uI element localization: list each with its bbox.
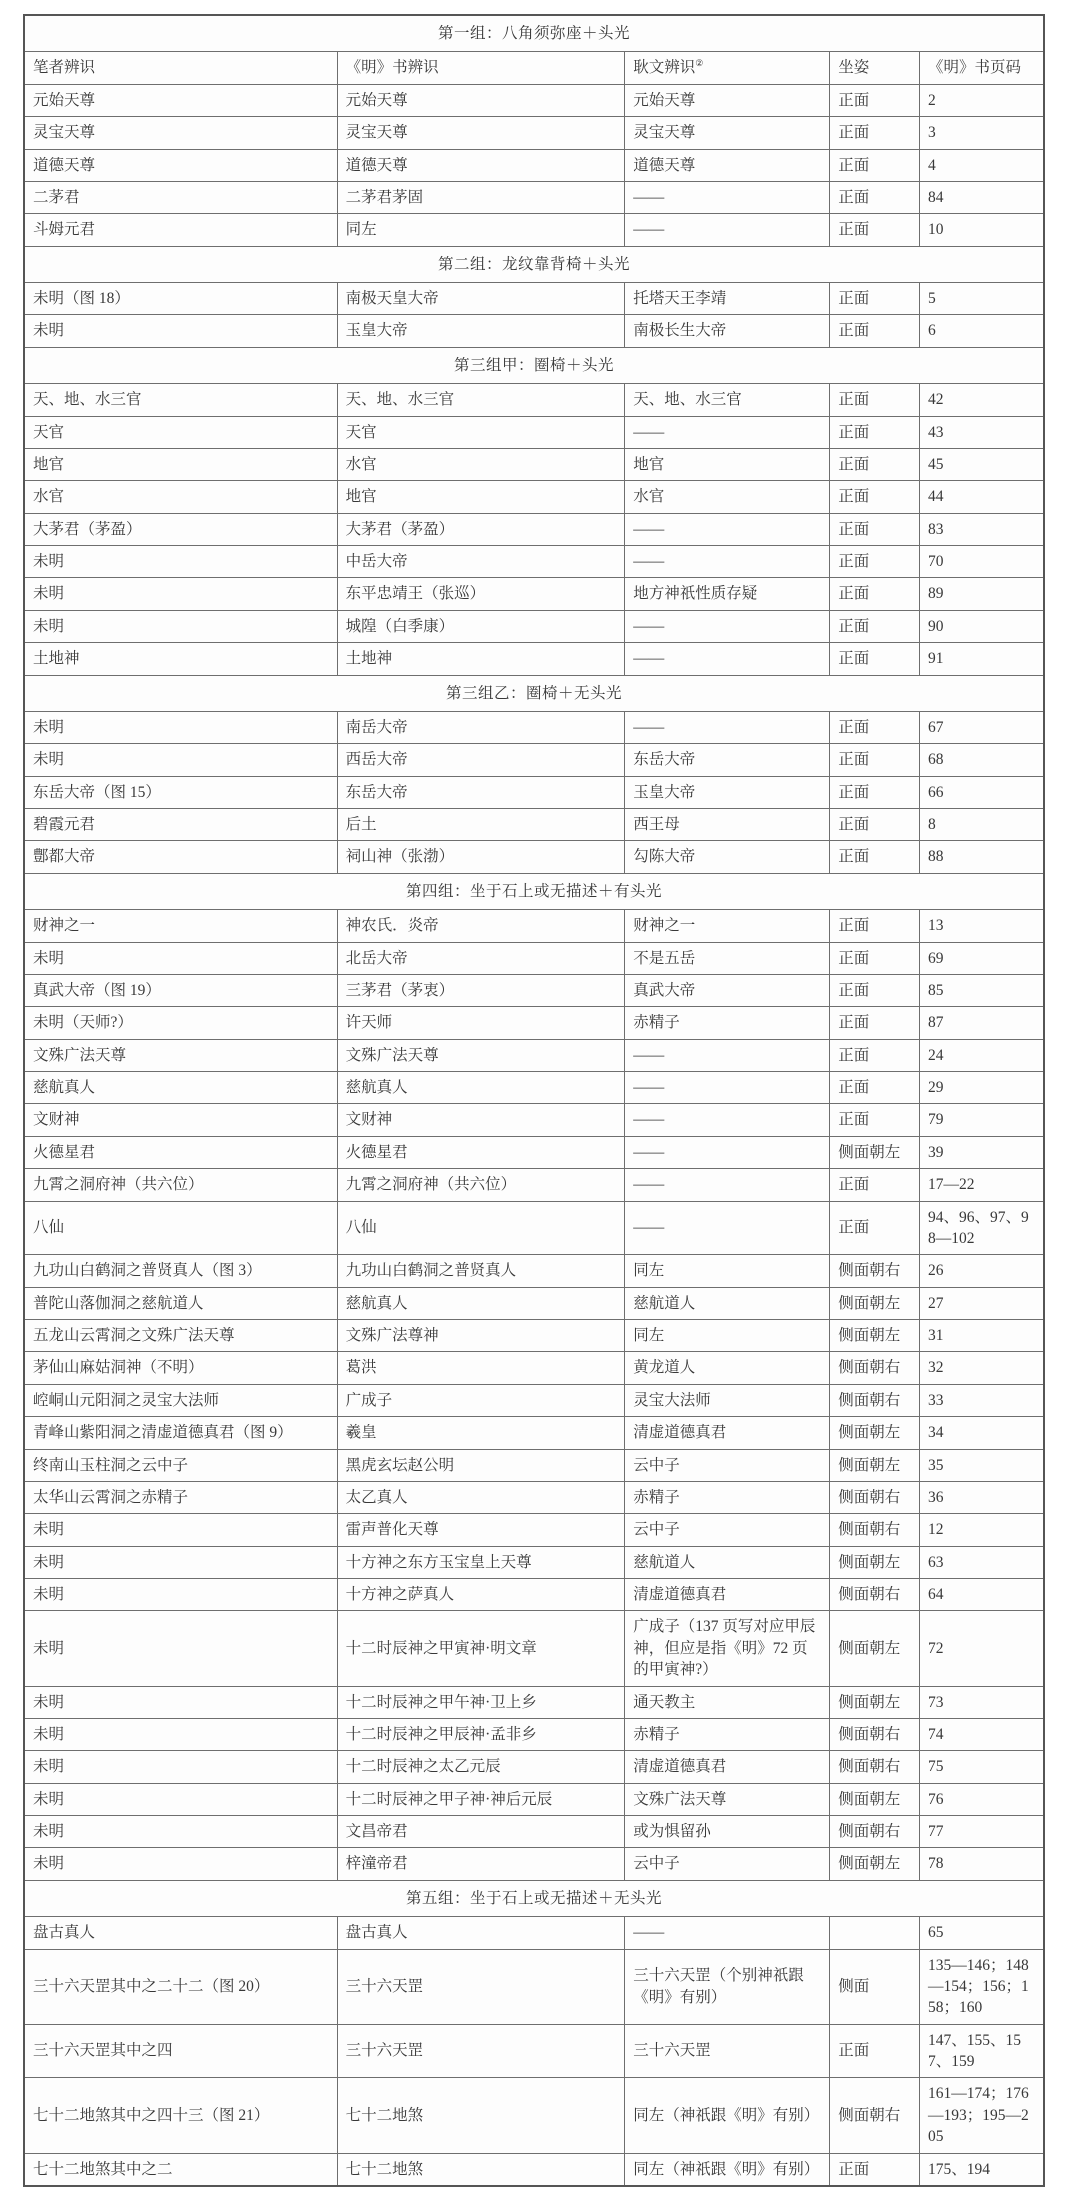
cell-ming-page: 26 <box>920 1255 1044 1287</box>
table-row: 斗姆元君同左——正面10 <box>24 214 1044 246</box>
cell-ming-book-id: 葛洪 <box>337 1352 625 1384</box>
cell-ming-book-id: 许天师 <box>337 1007 625 1039</box>
footnote-mark: ② <box>695 58 703 68</box>
section-header-row: 第二组：龙纹靠背椅＋头光 <box>24 246 1044 282</box>
section-header-row: 第五组：坐于石上或无描述＋无头光 <box>24 1880 1044 1916</box>
cell-author-id: 天、地、水三官 <box>24 384 337 416</box>
cell-ming-book-id: 十方神之萨真人 <box>337 1579 625 1611</box>
cell-posture: 正面 <box>830 711 920 743</box>
cell-ming-page: 75 <box>920 1751 1044 1783</box>
cell-ming-page: 175、194 <box>920 2153 1044 2186</box>
cell-ming-book-id: 慈航真人 <box>337 1287 625 1319</box>
table-row: 土地神土地神——正面91 <box>24 643 1044 675</box>
column-header-2: 耿文辨识② <box>625 52 830 84</box>
cell-geng-id: —— <box>625 610 830 642</box>
cell-author-id: 未明（图 18） <box>24 283 337 315</box>
cell-geng-id: —— <box>625 1072 830 1104</box>
cell-geng-id: —— <box>625 711 830 743</box>
cell-ming-book-id: 八仙 <box>337 1201 625 1255</box>
cell-posture: 正面 <box>830 1039 920 1071</box>
cell-posture: 正面 <box>830 643 920 675</box>
cell-ming-book-id: 十二时辰神之太乙元辰 <box>337 1751 625 1783</box>
cell-geng-id: 赤精子 <box>625 1007 830 1039</box>
cell-ming-book-id: 九霄之洞府神（共六位） <box>337 1169 625 1201</box>
cell-geng-id: 三十六天罡 <box>625 2024 830 2078</box>
cell-geng-id: 云中子 <box>625 1848 830 1880</box>
table-row: 碧霞元君后土西王母正面8 <box>24 809 1044 841</box>
cell-posture: 侧面朝左 <box>830 1417 920 1449</box>
cell-posture: 侧面朝右 <box>830 1481 920 1513</box>
cell-author-id: 土地神 <box>24 643 337 675</box>
cell-ming-page: 36 <box>920 1481 1044 1513</box>
cell-posture: 侧面朝右 <box>830 1514 920 1546</box>
table-row: 八仙八仙——正面94、96、97、98—102 <box>24 1201 1044 1255</box>
cell-geng-id: 清虚道德真君 <box>625 1417 830 1449</box>
table-row: 元始天尊元始天尊元始天尊正面2 <box>24 84 1044 116</box>
section-title: 第三组甲：圈椅＋头光 <box>24 347 1044 383</box>
cell-author-id: 未明 <box>24 1686 337 1718</box>
cell-posture: 正面 <box>830 2153 920 2186</box>
cell-ming-book-id: 西岳大帝 <box>337 744 625 776</box>
cell-geng-id: 元始天尊 <box>625 84 830 116</box>
cell-ming-book-id: 盘古真人 <box>337 1917 625 1949</box>
cell-ming-book-id: 道德天尊 <box>337 149 625 181</box>
cell-author-id: 元始天尊 <box>24 84 337 116</box>
cell-ming-book-id: 慈航真人 <box>337 1072 625 1104</box>
cell-posture: 正面 <box>830 910 920 942</box>
cell-geng-id: 清虚道德真君 <box>625 1579 830 1611</box>
cell-posture: 正面 <box>830 578 920 610</box>
cell-author-id: 文财神 <box>24 1104 337 1136</box>
cell-author-id: 未明 <box>24 744 337 776</box>
cell-author-id: 未明 <box>24 546 337 578</box>
column-header-1: 《明》书辨识 <box>337 52 625 84</box>
cell-ming-page: 32 <box>920 1352 1044 1384</box>
cell-author-id: 慈航真人 <box>24 1072 337 1104</box>
table-row: 七十二地煞其中之二七十二地煞同左（神祇跟《明》有别）正面175、194 <box>24 2153 1044 2186</box>
table-row: 未明南岳大帝——正面67 <box>24 711 1044 743</box>
section-header-row: 第三组甲：圈椅＋头光 <box>24 347 1044 383</box>
cell-ming-book-id: 梓潼帝君 <box>337 1848 625 1880</box>
cell-ming-page: 39 <box>920 1136 1044 1168</box>
cell-author-id: 未明 <box>24 711 337 743</box>
cell-ming-book-id: 东岳大帝 <box>337 776 625 808</box>
cell-geng-id: 灵宝大法师 <box>625 1384 830 1416</box>
cell-ming-page: 31 <box>920 1320 1044 1352</box>
cell-author-id: 鄷都大帝 <box>24 841 337 873</box>
cell-ming-page: 27 <box>920 1287 1044 1319</box>
table-row: 未明雷声普化天尊云中子侧面朝右12 <box>24 1514 1044 1546</box>
cell-geng-id: 慈航道人 <box>625 1287 830 1319</box>
cell-ming-page: 79 <box>920 1104 1044 1136</box>
cell-ming-page: 73 <box>920 1686 1044 1718</box>
table-row: 文财神文财神——正面79 <box>24 1104 1044 1136</box>
cell-ming-page: 65 <box>920 1917 1044 1949</box>
cell-ming-book-id: 中岳大帝 <box>337 546 625 578</box>
table-row: 东岳大帝（图 15）东岳大帝玉皇大帝正面66 <box>24 776 1044 808</box>
cell-ming-page: 70 <box>920 546 1044 578</box>
cell-geng-id: 文殊广法天尊 <box>625 1783 830 1815</box>
table-row: 未明东平忠靖王（张巡）地方神祇性质存疑正面89 <box>24 578 1044 610</box>
cell-ming-book-id: 文财神 <box>337 1104 625 1136</box>
cell-posture: 正面 <box>830 149 920 181</box>
table-row: 盘古真人盘古真人——65 <box>24 1917 1044 1949</box>
cell-geng-id: 不是五岳 <box>625 942 830 974</box>
table-row: 灵宝天尊灵宝天尊灵宝天尊正面3 <box>24 117 1044 149</box>
cell-ming-page: 67 <box>920 711 1044 743</box>
cell-posture: 侧面朝左 <box>830 1546 920 1578</box>
cell-ming-book-id: 神农氏．炎帝 <box>337 910 625 942</box>
cell-posture: 侧面朝左 <box>830 1320 920 1352</box>
table-row: 道德天尊道德天尊道德天尊正面4 <box>24 149 1044 181</box>
cell-ming-page: 147、155、157、159 <box>920 2024 1044 2078</box>
cell-author-id: 灵宝天尊 <box>24 117 337 149</box>
cell-ming-page: 33 <box>920 1384 1044 1416</box>
cell-ming-book-id: 广成子 <box>337 1384 625 1416</box>
section-title: 第一组：八角须弥座＋头光 <box>24 15 1044 52</box>
cell-geng-id: 真武大帝 <box>625 974 830 1006</box>
table-row: 未明文昌帝君或为惧留孙侧面朝右77 <box>24 1816 1044 1848</box>
cell-ming-book-id: 文昌帝君 <box>337 1816 625 1848</box>
cell-geng-id: —— <box>625 546 830 578</box>
cell-author-id: 未明 <box>24 1816 337 1848</box>
cell-ming-page: 35 <box>920 1449 1044 1481</box>
column-header-0: 笔者辨识 <box>24 52 337 84</box>
table-row: 鄷都大帝祠山神（张渤）勾陈大帝正面88 <box>24 841 1044 873</box>
cell-ming-page: 78 <box>920 1848 1044 1880</box>
cell-author-id: 茅仙山麻姑洞神（不明） <box>24 1352 337 1384</box>
cell-ming-book-id: 玉皇大帝 <box>337 315 625 347</box>
cell-ming-book-id: 七十二地煞 <box>337 2153 625 2186</box>
table-row: 地官水官地官正面45 <box>24 448 1044 480</box>
cell-ming-book-id: 十方神之东方玉宝皇上天尊 <box>337 1546 625 1578</box>
cell-posture: 正面 <box>830 315 920 347</box>
cell-ming-page: 88 <box>920 841 1044 873</box>
table-row: 未明梓潼帝君云中子侧面朝左78 <box>24 1848 1044 1880</box>
cell-author-id: 八仙 <box>24 1201 337 1255</box>
cell-ming-book-id: 城隍（白季康） <box>337 610 625 642</box>
table-row: 未明十方神之东方玉宝皇上天尊慈航道人侧面朝左63 <box>24 1546 1044 1578</box>
table-row: 未明（天师?）许天师赤精子正面87 <box>24 1007 1044 1039</box>
cell-ming-page: 8 <box>920 809 1044 841</box>
cell-author-id: 财神之一 <box>24 910 337 942</box>
cell-ming-page: 74 <box>920 1718 1044 1750</box>
cell-ming-book-id: 祠山神（张渤） <box>337 841 625 873</box>
cell-ming-book-id: 十二时辰神之甲子神·神后元辰 <box>337 1783 625 1815</box>
table-row: 未明西岳大帝东岳大帝正面68 <box>24 744 1044 776</box>
cell-geng-id: —— <box>625 181 830 213</box>
section-title: 第二组：龙纹靠背椅＋头光 <box>24 246 1044 282</box>
cell-ming-page: 3 <box>920 117 1044 149</box>
table-row: 九功山白鹤洞之普贤真人（图 3）九功山白鹤洞之普贤真人同左侧面朝右26 <box>24 1255 1044 1287</box>
cell-ming-book-id: 文殊广法尊神 <box>337 1320 625 1352</box>
cell-geng-id: 地官 <box>625 448 830 480</box>
cell-ming-book-id: 文殊广法天尊 <box>337 1039 625 1071</box>
cell-author-id: 火德星君 <box>24 1136 337 1168</box>
cell-posture: 正面 <box>830 610 920 642</box>
cell-geng-id: 同左 <box>625 1320 830 1352</box>
cell-ming-page: 87 <box>920 1007 1044 1039</box>
cell-ming-page: 24 <box>920 1039 1044 1071</box>
cell-ming-page: 42 <box>920 384 1044 416</box>
table-row: 未明北岳大帝不是五岳正面69 <box>24 942 1044 974</box>
cell-author-id: 真武大帝（图 19） <box>24 974 337 1006</box>
cell-posture: 正面 <box>830 416 920 448</box>
cell-author-id: 碧霞元君 <box>24 809 337 841</box>
cell-ming-page: 68 <box>920 744 1044 776</box>
cell-ming-book-id: 水官 <box>337 448 625 480</box>
column-header-4: 《明》书页码 <box>920 52 1044 84</box>
cell-author-id: 未明 <box>24 1546 337 1578</box>
cell-ming-book-id: 三十六天罡 <box>337 1949 625 2024</box>
cell-posture: 正面 <box>830 1007 920 1039</box>
cell-ming-book-id: 三十六天罡 <box>337 2024 625 2078</box>
cell-ming-page: 83 <box>920 513 1044 545</box>
table-row: 慈航真人慈航真人——正面29 <box>24 1072 1044 1104</box>
cell-ming-page: 2 <box>920 84 1044 116</box>
section-header-row: 第三组乙：圈椅＋无头光 <box>24 675 1044 711</box>
cell-geng-id: —— <box>625 513 830 545</box>
cell-geng-id: 同左（神祇跟《明》有别） <box>625 2078 830 2153</box>
cell-ming-page: 91 <box>920 643 1044 675</box>
cell-posture: 侧面朝左 <box>830 1686 920 1718</box>
cell-geng-id: —— <box>625 214 830 246</box>
cell-geng-id: 托塔天王李靖 <box>625 283 830 315</box>
cell-author-id: 文殊广法天尊 <box>24 1039 337 1071</box>
cell-posture: 正面 <box>830 513 920 545</box>
cell-ming-page: 63 <box>920 1546 1044 1578</box>
cell-author-id: 道德天尊 <box>24 149 337 181</box>
cell-posture: 侧面 <box>830 1949 920 2024</box>
cell-author-id: 东岳大帝（图 15） <box>24 776 337 808</box>
cell-geng-id: 广成子（137 页写对应甲辰神，但应是指《明》72 页的甲寅神?） <box>625 1611 830 1686</box>
cell-posture: 侧面朝右 <box>830 2078 920 2153</box>
table-row: 三十六天罡其中之二十二（图 20）三十六天罡三十六天罡（个别神祇跟《明》有别）侧… <box>24 1949 1044 2024</box>
cell-author-id: 未明 <box>24 1848 337 1880</box>
cell-posture: 侧面朝右 <box>830 1352 920 1384</box>
cell-ming-book-id: 十二时辰神之甲辰神·孟非乡 <box>337 1718 625 1750</box>
cell-posture: 正面 <box>830 744 920 776</box>
cell-geng-id: —— <box>625 1201 830 1255</box>
cell-ming-book-id: 十二时辰神之甲寅神·明文章 <box>337 1611 625 1686</box>
cell-posture: 正面 <box>830 1104 920 1136</box>
cell-author-id: 未明（天师?） <box>24 1007 337 1039</box>
cell-posture: 侧面朝左 <box>830 1783 920 1815</box>
cell-geng-id: 或为惧留孙 <box>625 1816 830 1848</box>
cell-author-id: 未明 <box>24 610 337 642</box>
cell-ming-page: 34 <box>920 1417 1044 1449</box>
cell-geng-id: —— <box>625 1169 830 1201</box>
cell-geng-id: 灵宝天尊 <box>625 117 830 149</box>
table-row: 五龙山云霄洞之文殊广法天尊文殊广法尊神同左侧面朝左31 <box>24 1320 1044 1352</box>
cell-author-id: 三十六天罡其中之四 <box>24 2024 337 2078</box>
cell-geng-id: 通天教主 <box>625 1686 830 1718</box>
cell-author-id: 未明 <box>24 1751 337 1783</box>
cell-author-id: 二茅君 <box>24 181 337 213</box>
cell-posture: 正面 <box>830 776 920 808</box>
cell-ming-book-id: 三茅君（茅衷） <box>337 974 625 1006</box>
cell-posture: 正面 <box>830 181 920 213</box>
cell-ming-page: 6 <box>920 315 1044 347</box>
cell-ming-book-id: 同左 <box>337 214 625 246</box>
cell-posture: 正面 <box>830 1201 920 1255</box>
table-row: 真武大帝（图 19）三茅君（茅衷）真武大帝正面85 <box>24 974 1044 1006</box>
table-row: 未明十二时辰神之太乙元辰清虚道德真君侧面朝右75 <box>24 1751 1044 1783</box>
cell-posture: 侧面朝左 <box>830 1848 920 1880</box>
cell-geng-id: —— <box>625 416 830 448</box>
cell-posture: 正面 <box>830 448 920 480</box>
cell-geng-id: 清虚道德真君 <box>625 1751 830 1783</box>
cell-posture: 正面 <box>830 1169 920 1201</box>
cell-posture: 侧面朝右 <box>830 1384 920 1416</box>
cell-ming-page: 29 <box>920 1072 1044 1104</box>
cell-ming-book-id: 东平忠靖王（张巡） <box>337 578 625 610</box>
cell-geng-id: 天、地、水三官 <box>625 384 830 416</box>
table-row: 水官地官水官正面44 <box>24 481 1044 513</box>
cell-author-id: 未明 <box>24 578 337 610</box>
cell-ming-book-id: 后土 <box>337 809 625 841</box>
cell-ming-page: 43 <box>920 416 1044 448</box>
cell-ming-book-id: 灵宝天尊 <box>337 117 625 149</box>
cell-author-id: 青峰山紫阳洞之清虚道德真君（图 9） <box>24 1417 337 1449</box>
cell-posture: 侧面朝左 <box>830 1611 920 1686</box>
cell-posture: 侧面朝右 <box>830 1255 920 1287</box>
table-row: 火德星君火德星君——侧面朝左39 <box>24 1136 1044 1168</box>
table-row: 未明（图 18）南极天皇大帝托塔天王李靖正面5 <box>24 283 1044 315</box>
cell-author-id: 未明 <box>24 1783 337 1815</box>
cell-author-id: 终南山玉柱洞之云中子 <box>24 1449 337 1481</box>
table-row: 茅仙山麻姑洞神（不明）葛洪黄龙道人侧面朝右32 <box>24 1352 1044 1384</box>
cell-ming-page: 135—146；148—154；156；158；160 <box>920 1949 1044 2024</box>
table-row: 未明十方神之萨真人清虚道德真君侧面朝右64 <box>24 1579 1044 1611</box>
table-row: 未明十二时辰神之甲午神·卫上乡通天教主侧面朝左73 <box>24 1686 1044 1718</box>
cell-ming-page: 76 <box>920 1783 1044 1815</box>
cell-ming-book-id: 黑虎玄坛赵公明 <box>337 1449 625 1481</box>
cell-geng-id: 地方神祇性质存疑 <box>625 578 830 610</box>
cell-posture: 正面 <box>830 84 920 116</box>
table-row: 太华山云霄洞之赤精子太乙真人赤精子侧面朝右36 <box>24 1481 1044 1513</box>
cell-author-id: 三十六天罡其中之二十二（图 20） <box>24 1949 337 2024</box>
cell-ming-book-id: 太乙真人 <box>337 1481 625 1513</box>
cell-author-id: 太华山云霄洞之赤精子 <box>24 1481 337 1513</box>
cell-ming-book-id: 北岳大帝 <box>337 942 625 974</box>
table-row: 文殊广法天尊文殊广法天尊——正面24 <box>24 1039 1044 1071</box>
cell-posture: 侧面朝右 <box>830 1579 920 1611</box>
table-row: 未明城隍（白季康）——正面90 <box>24 610 1044 642</box>
cell-author-id: 地官 <box>24 448 337 480</box>
cell-ming-page: 90 <box>920 610 1044 642</box>
table-row: 九霄之洞府神（共六位）九霄之洞府神（共六位）——正面17—22 <box>24 1169 1044 1201</box>
table-row: 二茅君二茅君茅固——正面84 <box>24 181 1044 213</box>
cell-ming-book-id: 天官 <box>337 416 625 448</box>
cell-geng-id: —— <box>625 1136 830 1168</box>
cell-ming-page: 44 <box>920 481 1044 513</box>
cell-author-id: 崆峒山元阳洞之灵宝大法师 <box>24 1384 337 1416</box>
cell-ming-book-id: 火德星君 <box>337 1136 625 1168</box>
cell-posture: 侧面朝左 <box>830 1449 920 1481</box>
cell-posture: 侧面朝右 <box>830 1816 920 1848</box>
cell-ming-book-id: 十二时辰神之甲午神·卫上乡 <box>337 1686 625 1718</box>
cell-geng-id: —— <box>625 1039 830 1071</box>
table-row: 未明十二时辰神之甲子神·神后元辰文殊广法天尊侧面朝左76 <box>24 1783 1044 1815</box>
table-row: 未明十二时辰神之甲寅神·明文章广成子（137 页写对应甲辰神，但应是指《明》72… <box>24 1611 1044 1686</box>
cell-ming-book-id: 大茅君（茅盈） <box>337 513 625 545</box>
section-title: 第五组：坐于石上或无描述＋无头光 <box>24 1880 1044 1916</box>
cell-geng-id: 三十六天罡（个别神祇跟《明》有别） <box>625 1949 830 2024</box>
table-row: 七十二地煞其中之四十三（图 21）七十二地煞同左（神祇跟《明》有别）侧面朝右16… <box>24 2078 1044 2153</box>
cell-posture: 正面 <box>830 974 920 1006</box>
cell-geng-id: 南极长生大帝 <box>625 315 830 347</box>
table-row: 三十六天罡其中之四三十六天罡三十六天罡正面147、155、157、159 <box>24 2024 1044 2078</box>
cell-posture: 正面 <box>830 1072 920 1104</box>
cell-geng-id: 勾陈大帝 <box>625 841 830 873</box>
document-page: 第一组：八角须弥座＋头光笔者辨识《明》书辨识耿文辨识②坐姿《明》书页码元始天尊元… <box>0 0 1068 2205</box>
table-row: 未明玉皇大帝南极长生大帝正面6 <box>24 315 1044 347</box>
cell-author-id: 七十二地煞其中之二 <box>24 2153 337 2186</box>
table-row: 大茅君（茅盈）大茅君（茅盈）——正面83 <box>24 513 1044 545</box>
table-row: 终南山玉柱洞之云中子黑虎玄坛赵公明云中子侧面朝左35 <box>24 1449 1044 1481</box>
deity-identification-table: 第一组：八角须弥座＋头光笔者辨识《明》书辨识耿文辨识②坐姿《明》书页码元始天尊元… <box>23 14 1045 2187</box>
cell-author-id: 九霄之洞府神（共六位） <box>24 1169 337 1201</box>
cell-ming-page: 64 <box>920 1579 1044 1611</box>
cell-posture: 正面 <box>830 384 920 416</box>
cell-ming-page: 84 <box>920 181 1044 213</box>
cell-ming-page: 13 <box>920 910 1044 942</box>
cell-ming-page: 45 <box>920 448 1044 480</box>
section-header-row: 第一组：八角须弥座＋头光 <box>24 15 1044 52</box>
cell-ming-book-id: 九功山白鹤洞之普贤真人 <box>337 1255 625 1287</box>
cell-geng-id: 同左 <box>625 1255 830 1287</box>
cell-ming-book-id: 地官 <box>337 481 625 513</box>
cell-geng-id: 云中子 <box>625 1449 830 1481</box>
cell-posture: 侧面朝左 <box>830 1136 920 1168</box>
cell-geng-id: —— <box>625 643 830 675</box>
cell-ming-book-id: 南岳大帝 <box>337 711 625 743</box>
column-header-row: 笔者辨识《明》书辨识耿文辨识②坐姿《明》书页码 <box>24 52 1044 84</box>
cell-ming-book-id: 二茅君茅固 <box>337 181 625 213</box>
cell-posture: 侧面朝右 <box>830 1718 920 1750</box>
cell-geng-id: 慈航道人 <box>625 1546 830 1578</box>
cell-posture: 侧面朝右 <box>830 1751 920 1783</box>
cell-author-id: 未明 <box>24 1579 337 1611</box>
cell-author-id: 未明 <box>24 1514 337 1546</box>
cell-ming-page: 77 <box>920 1816 1044 1848</box>
section-header-row: 第四组：坐于石上或无描述＋有头光 <box>24 873 1044 909</box>
cell-geng-id: 水官 <box>625 481 830 513</box>
cell-author-id: 未明 <box>24 1718 337 1750</box>
cell-geng-id: 西王母 <box>625 809 830 841</box>
table-row: 普陀山落伽洞之慈航道人慈航真人慈航道人侧面朝左27 <box>24 1287 1044 1319</box>
cell-ming-book-id: 雷声普化天尊 <box>337 1514 625 1546</box>
cell-geng-id: 赤精子 <box>625 1718 830 1750</box>
section-title: 第四组：坐于石上或无描述＋有头光 <box>24 873 1044 909</box>
table-row: 崆峒山元阳洞之灵宝大法师广成子灵宝大法师侧面朝右33 <box>24 1384 1044 1416</box>
cell-posture <box>830 1917 920 1949</box>
cell-author-id: 天官 <box>24 416 337 448</box>
cell-geng-id: 同左（神祇跟《明》有别） <box>625 2153 830 2186</box>
cell-ming-book-id: 南极天皇大帝 <box>337 283 625 315</box>
cell-ming-page: 10 <box>920 214 1044 246</box>
cell-ming-page: 89 <box>920 578 1044 610</box>
cell-author-id: 七十二地煞其中之四十三（图 21） <box>24 2078 337 2153</box>
table-row: 天、地、水三官天、地、水三官天、地、水三官正面42 <box>24 384 1044 416</box>
cell-author-id: 普陀山落伽洞之慈航道人 <box>24 1287 337 1319</box>
cell-posture: 正面 <box>830 214 920 246</box>
cell-ming-page: 94、96、97、98—102 <box>920 1201 1044 1255</box>
cell-posture: 正面 <box>830 481 920 513</box>
cell-ming-page: 12 <box>920 1514 1044 1546</box>
cell-ming-book-id: 土地神 <box>337 643 625 675</box>
